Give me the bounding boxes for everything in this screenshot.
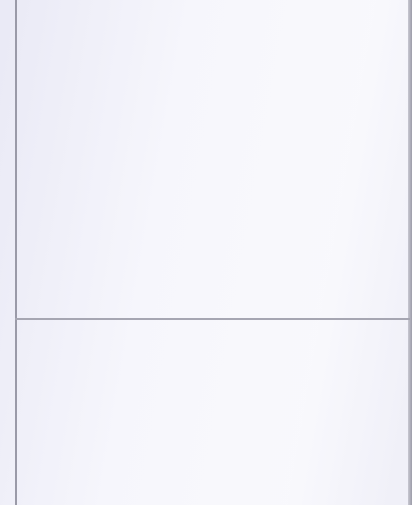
notice-document: [0, 0, 412, 505]
